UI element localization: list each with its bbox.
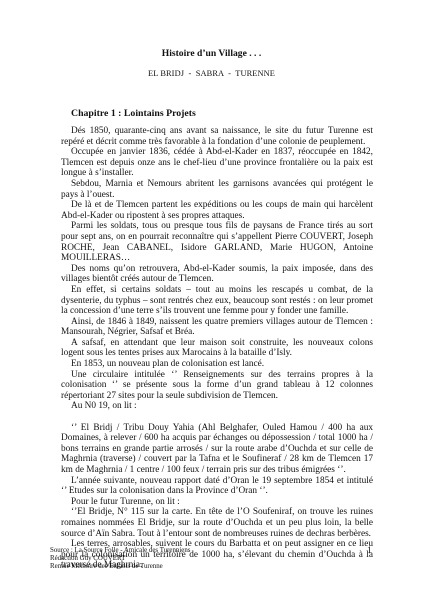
paragraph: L’année suivante, nouveau rapport daté d…: [61, 476, 373, 497]
quoted-paragraph: ‘’ El Bridj / Tribu Douy Yahia (Ahl Belg…: [61, 423, 373, 476]
paragraph: Dés 1850, quarante-cinq ans avant sa nai…: [61, 126, 373, 147]
body-text: Dés 1850, quarante-cinq ans avant sa nai…: [61, 126, 373, 571]
paragraph: De là et de Tlemcen partent les expéditi…: [61, 200, 373, 221]
quoted-paragraph: ‘’El Bridje, N° 115 sur la carte. En têt…: [61, 507, 373, 539]
paragraph: Ainsi, de 1846 à 1849, naissent les quat…: [61, 317, 373, 338]
footer-source: Source : La Source Folle - Amicale des T…: [50, 547, 190, 555]
paragraph: Occupée en janvier 1836, cédée à Abd-el-…: [61, 147, 373, 179]
paragraph: A safsaf, en attendant que leur maison s…: [61, 338, 373, 359]
footer-collection: Remue Mémoire des Enfants de Turenne: [50, 563, 190, 571]
footer-author: Rédaction Guy COUVERT: [50, 555, 190, 563]
document-subtitle: EL BRIDJ - SABRA - TURENNE: [0, 69, 423, 78]
document-page: Histoire d’un Village . . . EL BRIDJ - S…: [0, 0, 423, 598]
chapter-heading: Chapitre 1 : Lointains Projets: [71, 108, 196, 119]
paragraph: Au N0 19, on lit :: [61, 401, 373, 412]
paragraph: Des noms qu’on retrouvera, Abd-el-Kader …: [61, 264, 373, 285]
paragraph: Pour le futur Turenne, on lit :: [61, 497, 373, 508]
page-footer: Source : La Source Folle - Amicale des T…: [50, 547, 190, 572]
paragraph: En 1853, un nouveau plan de colonisation…: [61, 359, 373, 370]
paragraph: Sebdou, Marnia et Nemours abritent les g…: [61, 179, 373, 200]
document-title: Histoire d’un Village . . .: [0, 48, 423, 59]
page-number: 1: [367, 546, 372, 556]
paragraph: Une circulaire intitulée ‘’ Renseignemen…: [61, 370, 373, 402]
paragraph: En effet, si certains soldats – tout au …: [61, 285, 373, 317]
paragraph: Parmi les soldats, tous ou presque tous …: [61, 221, 373, 263]
